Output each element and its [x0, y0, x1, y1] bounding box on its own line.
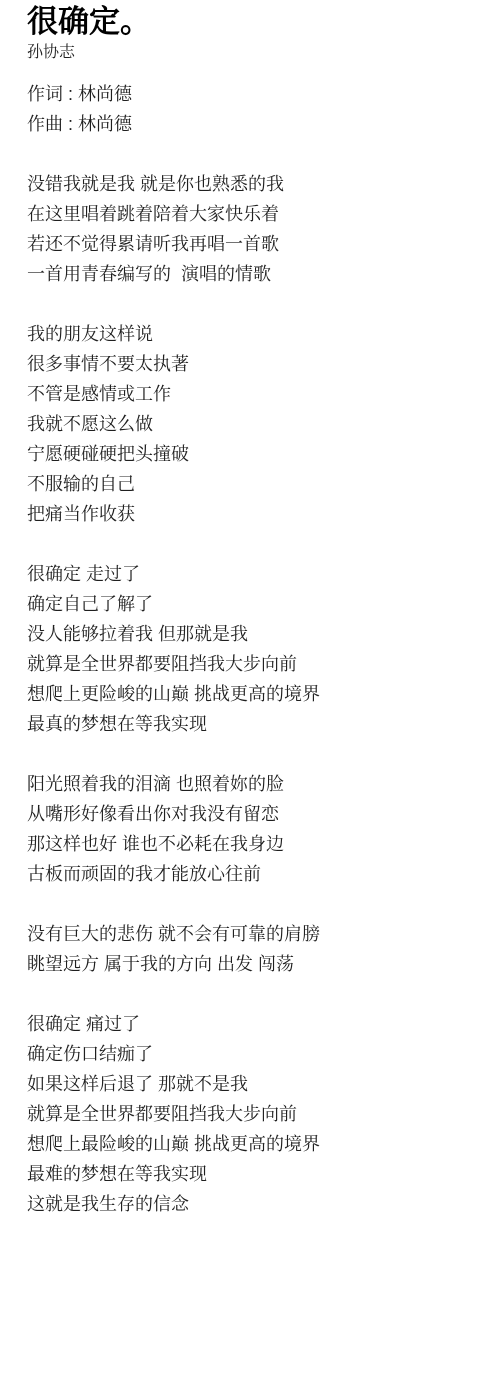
stanza: 很确定 走过了确定自己了解了没人能够拉着我 但那就是我就算是全世界都要阻挡我大步… [27, 559, 480, 739]
credits-block: 作词 : 林尚德 作曲 : 林尚德 [27, 79, 480, 139]
stanza: 阳光照着我的泪滴 也照着妳的脸从嘴形好像看出你对我没有留恋那这样也好 谁也不必耗… [27, 769, 480, 889]
lyric-line: 这就是我生存的信念 [27, 1189, 480, 1219]
lyric-line: 确定自己了解了 [27, 589, 480, 619]
lyrics-body: 没错我就是我 就是你也熟悉的我在这里唱着跳着陪着大家快乐着若还不觉得累请听我再唱… [27, 169, 480, 1219]
lyric-line: 没人能够拉着我 但那就是我 [27, 619, 480, 649]
lyric-line: 如果这样后退了 那就不是我 [27, 1069, 480, 1099]
lyric-line: 确定伤口结痂了 [27, 1039, 480, 1069]
lyricist-credit: 作词 : 林尚德 [27, 79, 480, 109]
lyric-line: 最难的梦想在等我实现 [27, 1159, 480, 1189]
lyric-line: 没错我就是我 就是你也熟悉的我 [27, 169, 480, 199]
lyric-line: 那这样也好 谁也不必耗在我身边 [27, 829, 480, 859]
lyric-line: 就算是全世界都要阻挡我大步向前 [27, 649, 480, 679]
lyric-line: 不服输的自己 [27, 469, 480, 499]
stanza: 没错我就是我 就是你也熟悉的我在这里唱着跳着陪着大家快乐着若还不觉得累请听我再唱… [27, 169, 480, 289]
lyric-line: 就算是全世界都要阻挡我大步向前 [27, 1099, 480, 1129]
lyric-line: 没有巨大的悲伤 就不会有可靠的肩膀 [27, 919, 480, 949]
lyric-line: 想爬上最险峻的山巅 挑战更高的境界 [27, 1129, 480, 1159]
stanza: 没有巨大的悲伤 就不会有可靠的肩膀眺望远方 属于我的方向 出发 闯荡 [27, 919, 480, 979]
lyric-line: 想爬上更险峻的山巅 挑战更高的境界 [27, 679, 480, 709]
artist-name: 孙协志 [27, 42, 480, 64]
lyric-line: 阳光照着我的泪滴 也照着妳的脸 [27, 769, 480, 799]
stanza: 很确定 痛过了确定伤口结痂了如果这样后退了 那就不是我就算是全世界都要阻挡我大步… [27, 1009, 480, 1219]
lyric-line: 很确定 走过了 [27, 559, 480, 589]
stanza: 我的朋友这样说很多事情不要太执著不管是感情或工作我就不愿这么做宁愿硬碰硬把头撞破… [27, 319, 480, 529]
lyric-line: 把痛当作收获 [27, 499, 480, 529]
lyric-line: 在这里唱着跳着陪着大家快乐着 [27, 199, 480, 229]
lyric-line: 最真的梦想在等我实现 [27, 709, 480, 739]
lyric-line: 一首用青春编写的 演唱的情歌 [27, 259, 480, 289]
lyric-line: 眺望远方 属于我的方向 出发 闯荡 [27, 949, 480, 979]
lyric-line: 若还不觉得累请听我再唱一首歌 [27, 229, 480, 259]
lyric-line: 我的朋友这样说 [27, 319, 480, 349]
song-title: 很确定。 [27, 2, 480, 42]
lyric-line: 很确定 痛过了 [27, 1009, 480, 1039]
lyric-line: 古板而顽固的我才能放心往前 [27, 859, 480, 889]
lyric-line: 不管是感情或工作 [27, 379, 480, 409]
lyric-line: 很多事情不要太执著 [27, 349, 480, 379]
lyric-line: 从嘴形好像看出你对我没有留恋 [27, 799, 480, 829]
lyric-line: 宁愿硬碰硬把头撞破 [27, 439, 480, 469]
lyric-line: 我就不愿这么做 [27, 409, 480, 439]
composer-credit: 作曲 : 林尚德 [27, 109, 480, 139]
lyrics-page: 很确定。 孙协志 作词 : 林尚德 作曲 : 林尚德 没错我就是我 就是你也熟悉… [0, 0, 500, 1390]
